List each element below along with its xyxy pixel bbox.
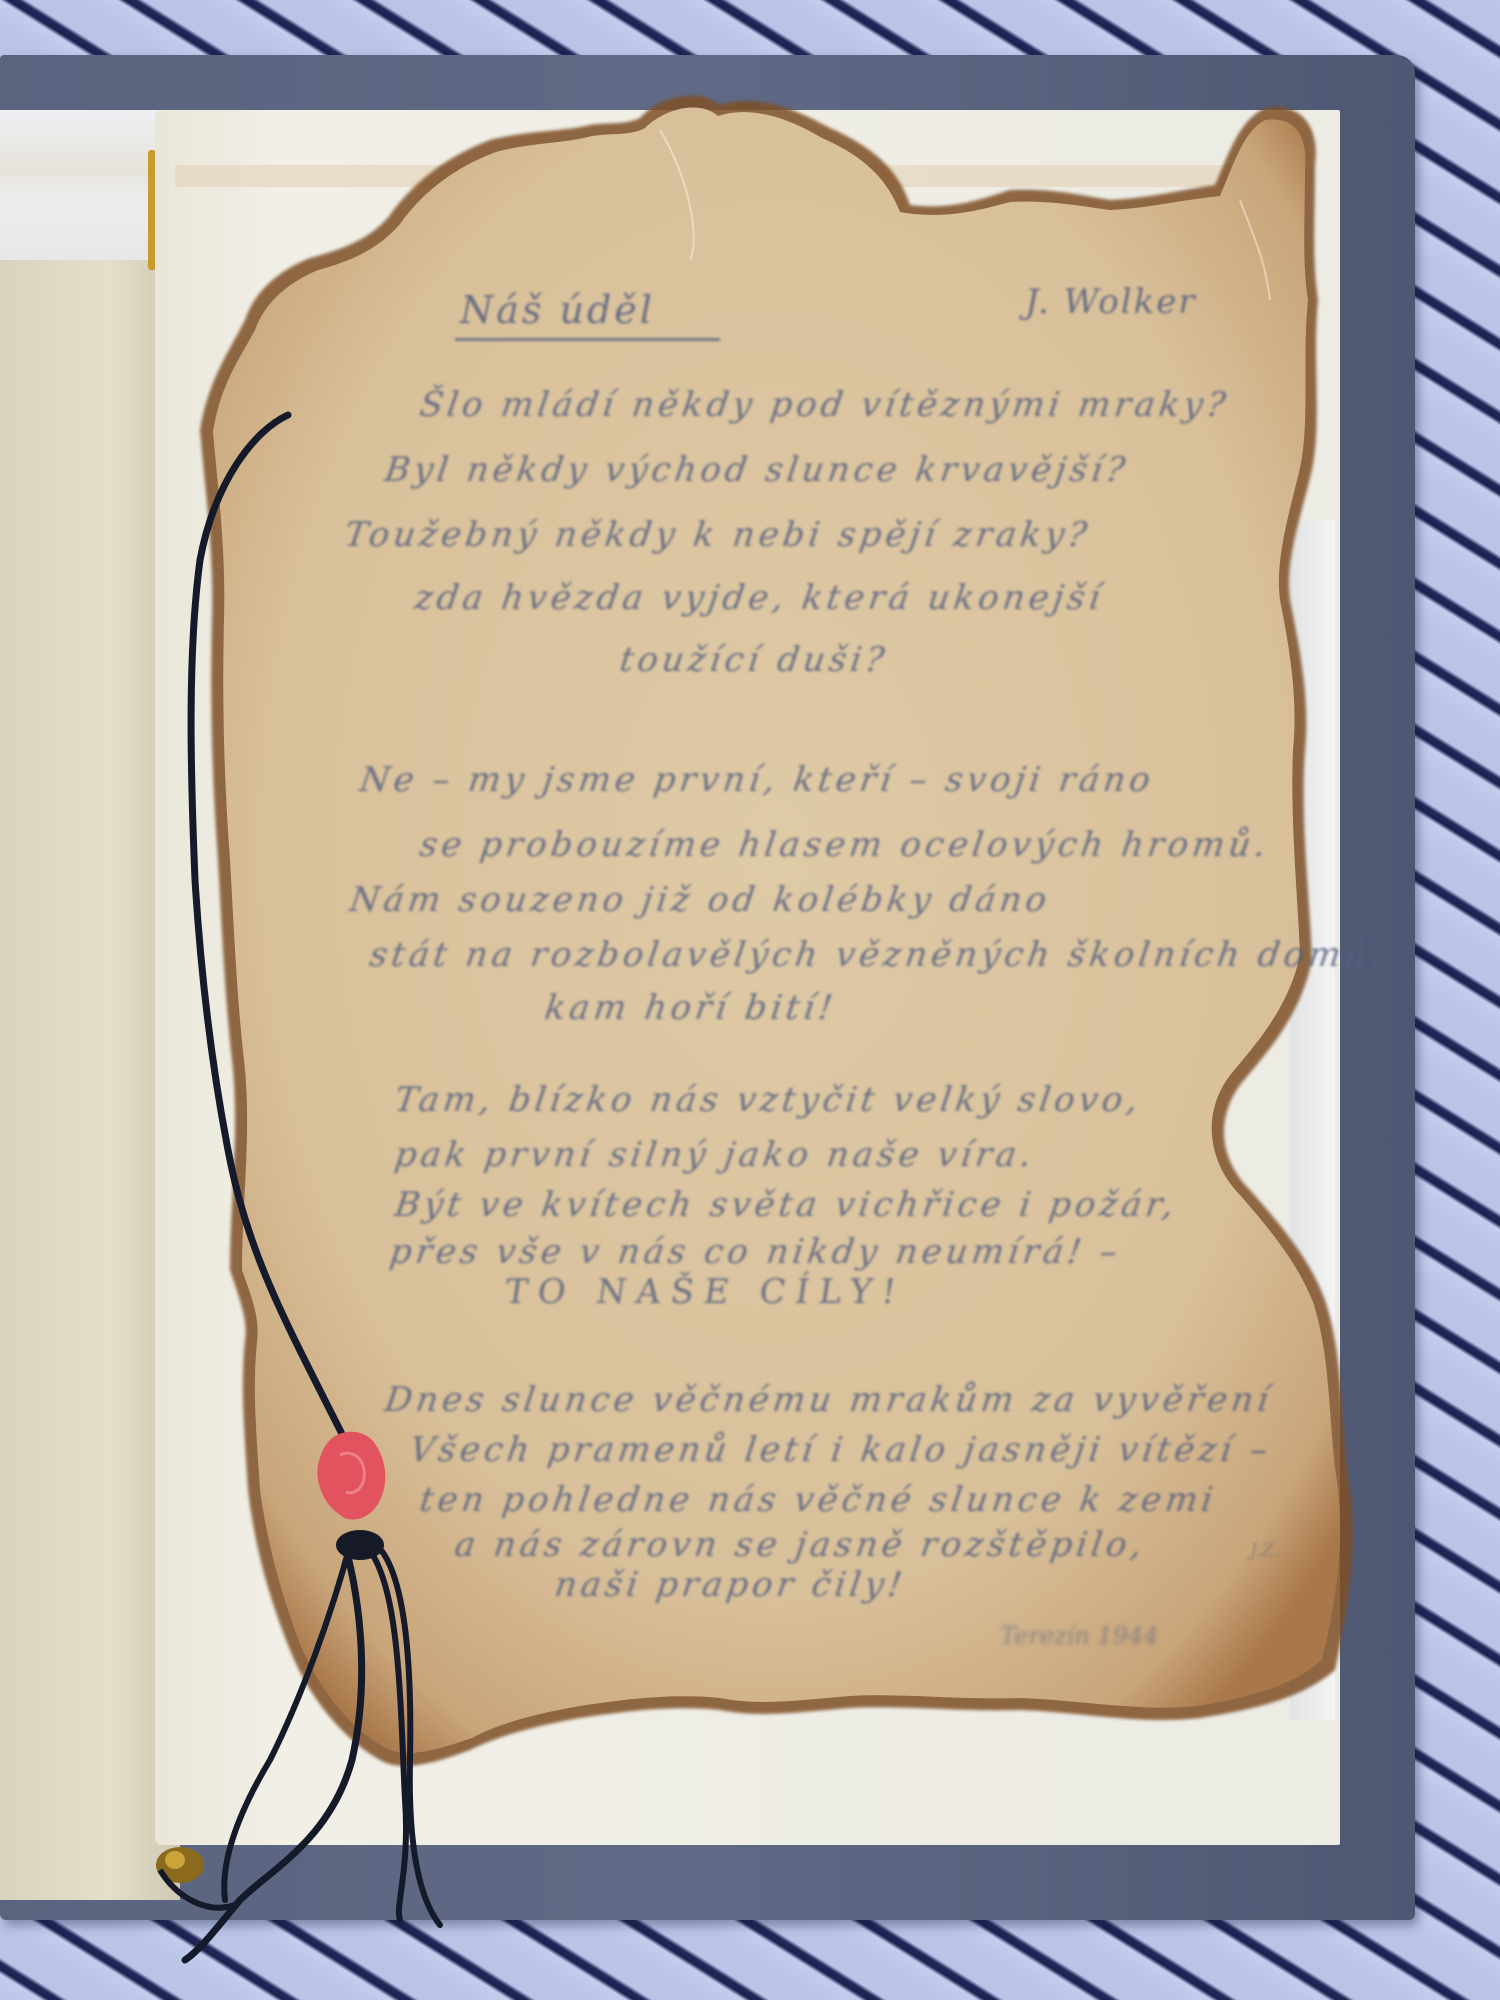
- poem-line-emphasis: TO NAŠE CÍLY!: [502, 1272, 908, 1312]
- poem-line: Dnes slunce věčnému mrakům za vyvěření: [382, 1380, 1275, 1420]
- poem-line: ten pohledne nás věčné slunce k zemi: [417, 1480, 1219, 1520]
- poem-line: Být ve kvítech světa vichřice i požár,: [392, 1185, 1180, 1225]
- poem-line: pak první silný jako naše víra.: [392, 1135, 1038, 1175]
- poem-line: se probouzíme hlasem ocelových hromů.: [417, 825, 1272, 865]
- poem-line: Šlo mládí někdy pod vítěznými mraky?: [417, 385, 1232, 425]
- poem-line: zda hvězda vyjde, která ukonejší: [412, 578, 1106, 618]
- poem-line: Byl někdy východ slunce krvavější?: [382, 450, 1131, 490]
- poem-line: naši prapor čily!: [552, 1565, 908, 1605]
- poem-author: J. Wolker: [1025, 282, 1197, 322]
- poem-title: Náš úděl: [460, 288, 655, 332]
- poem-line: přes vše v nás co nikdy neumírá! –: [387, 1232, 1124, 1272]
- poem-line: a nás zárovn se jasně rozštěpilo,: [452, 1525, 1148, 1565]
- poem-line: Tam, blízko nás vztyčit velký slovo,: [392, 1080, 1144, 1120]
- poem-line: Toužebný někdy k nebi spějí zraky?: [342, 515, 1093, 555]
- handwritten-poem: Náš úděl J. Wolker Šlo mládí někdy pod v…: [0, 0, 1500, 2000]
- margin-initials: J.Z.: [1250, 1540, 1279, 1561]
- poem-line: Nám souzeno již od kolébky dáno: [347, 880, 1053, 920]
- poem-line: Všech pramenů letí i kalo jasněji vítězí…: [407, 1430, 1274, 1470]
- poem-line: toužící duši?: [617, 640, 890, 680]
- title-underline: [455, 338, 720, 341]
- poem-line: kam hoří bití!: [542, 988, 839, 1028]
- poem-line: Ne – my jsme první, kteří – svoji ráno: [357, 760, 1157, 800]
- signature-date: Terezín 1944: [1000, 1622, 1159, 1650]
- poem-line: stát na rozbolavělých vězněných školních…: [367, 935, 1388, 975]
